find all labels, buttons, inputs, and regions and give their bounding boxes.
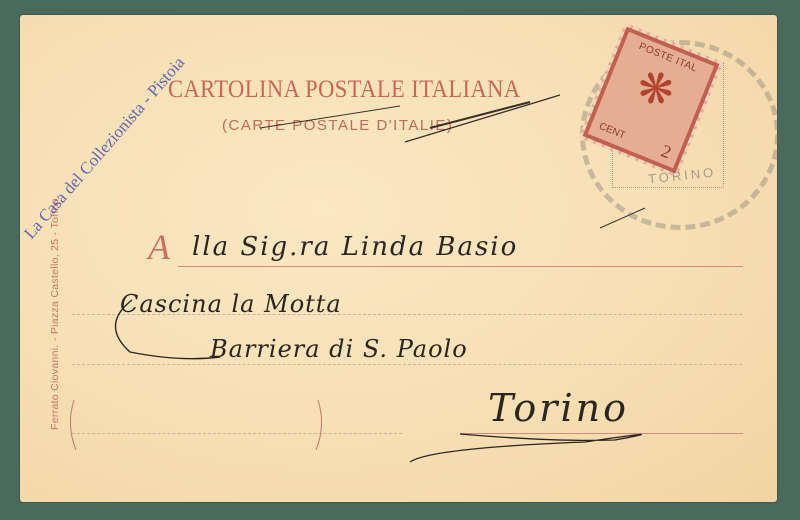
- address-line-1: lla Sig.ra Linda Basio: [192, 232, 518, 262]
- address-line-2: Cascina la Motta: [120, 290, 342, 318]
- address-line-4: Torino: [488, 386, 629, 430]
- address-line-3: Barriera di S. Paolo: [210, 335, 468, 363]
- address-prefix-letter: A: [148, 226, 170, 268]
